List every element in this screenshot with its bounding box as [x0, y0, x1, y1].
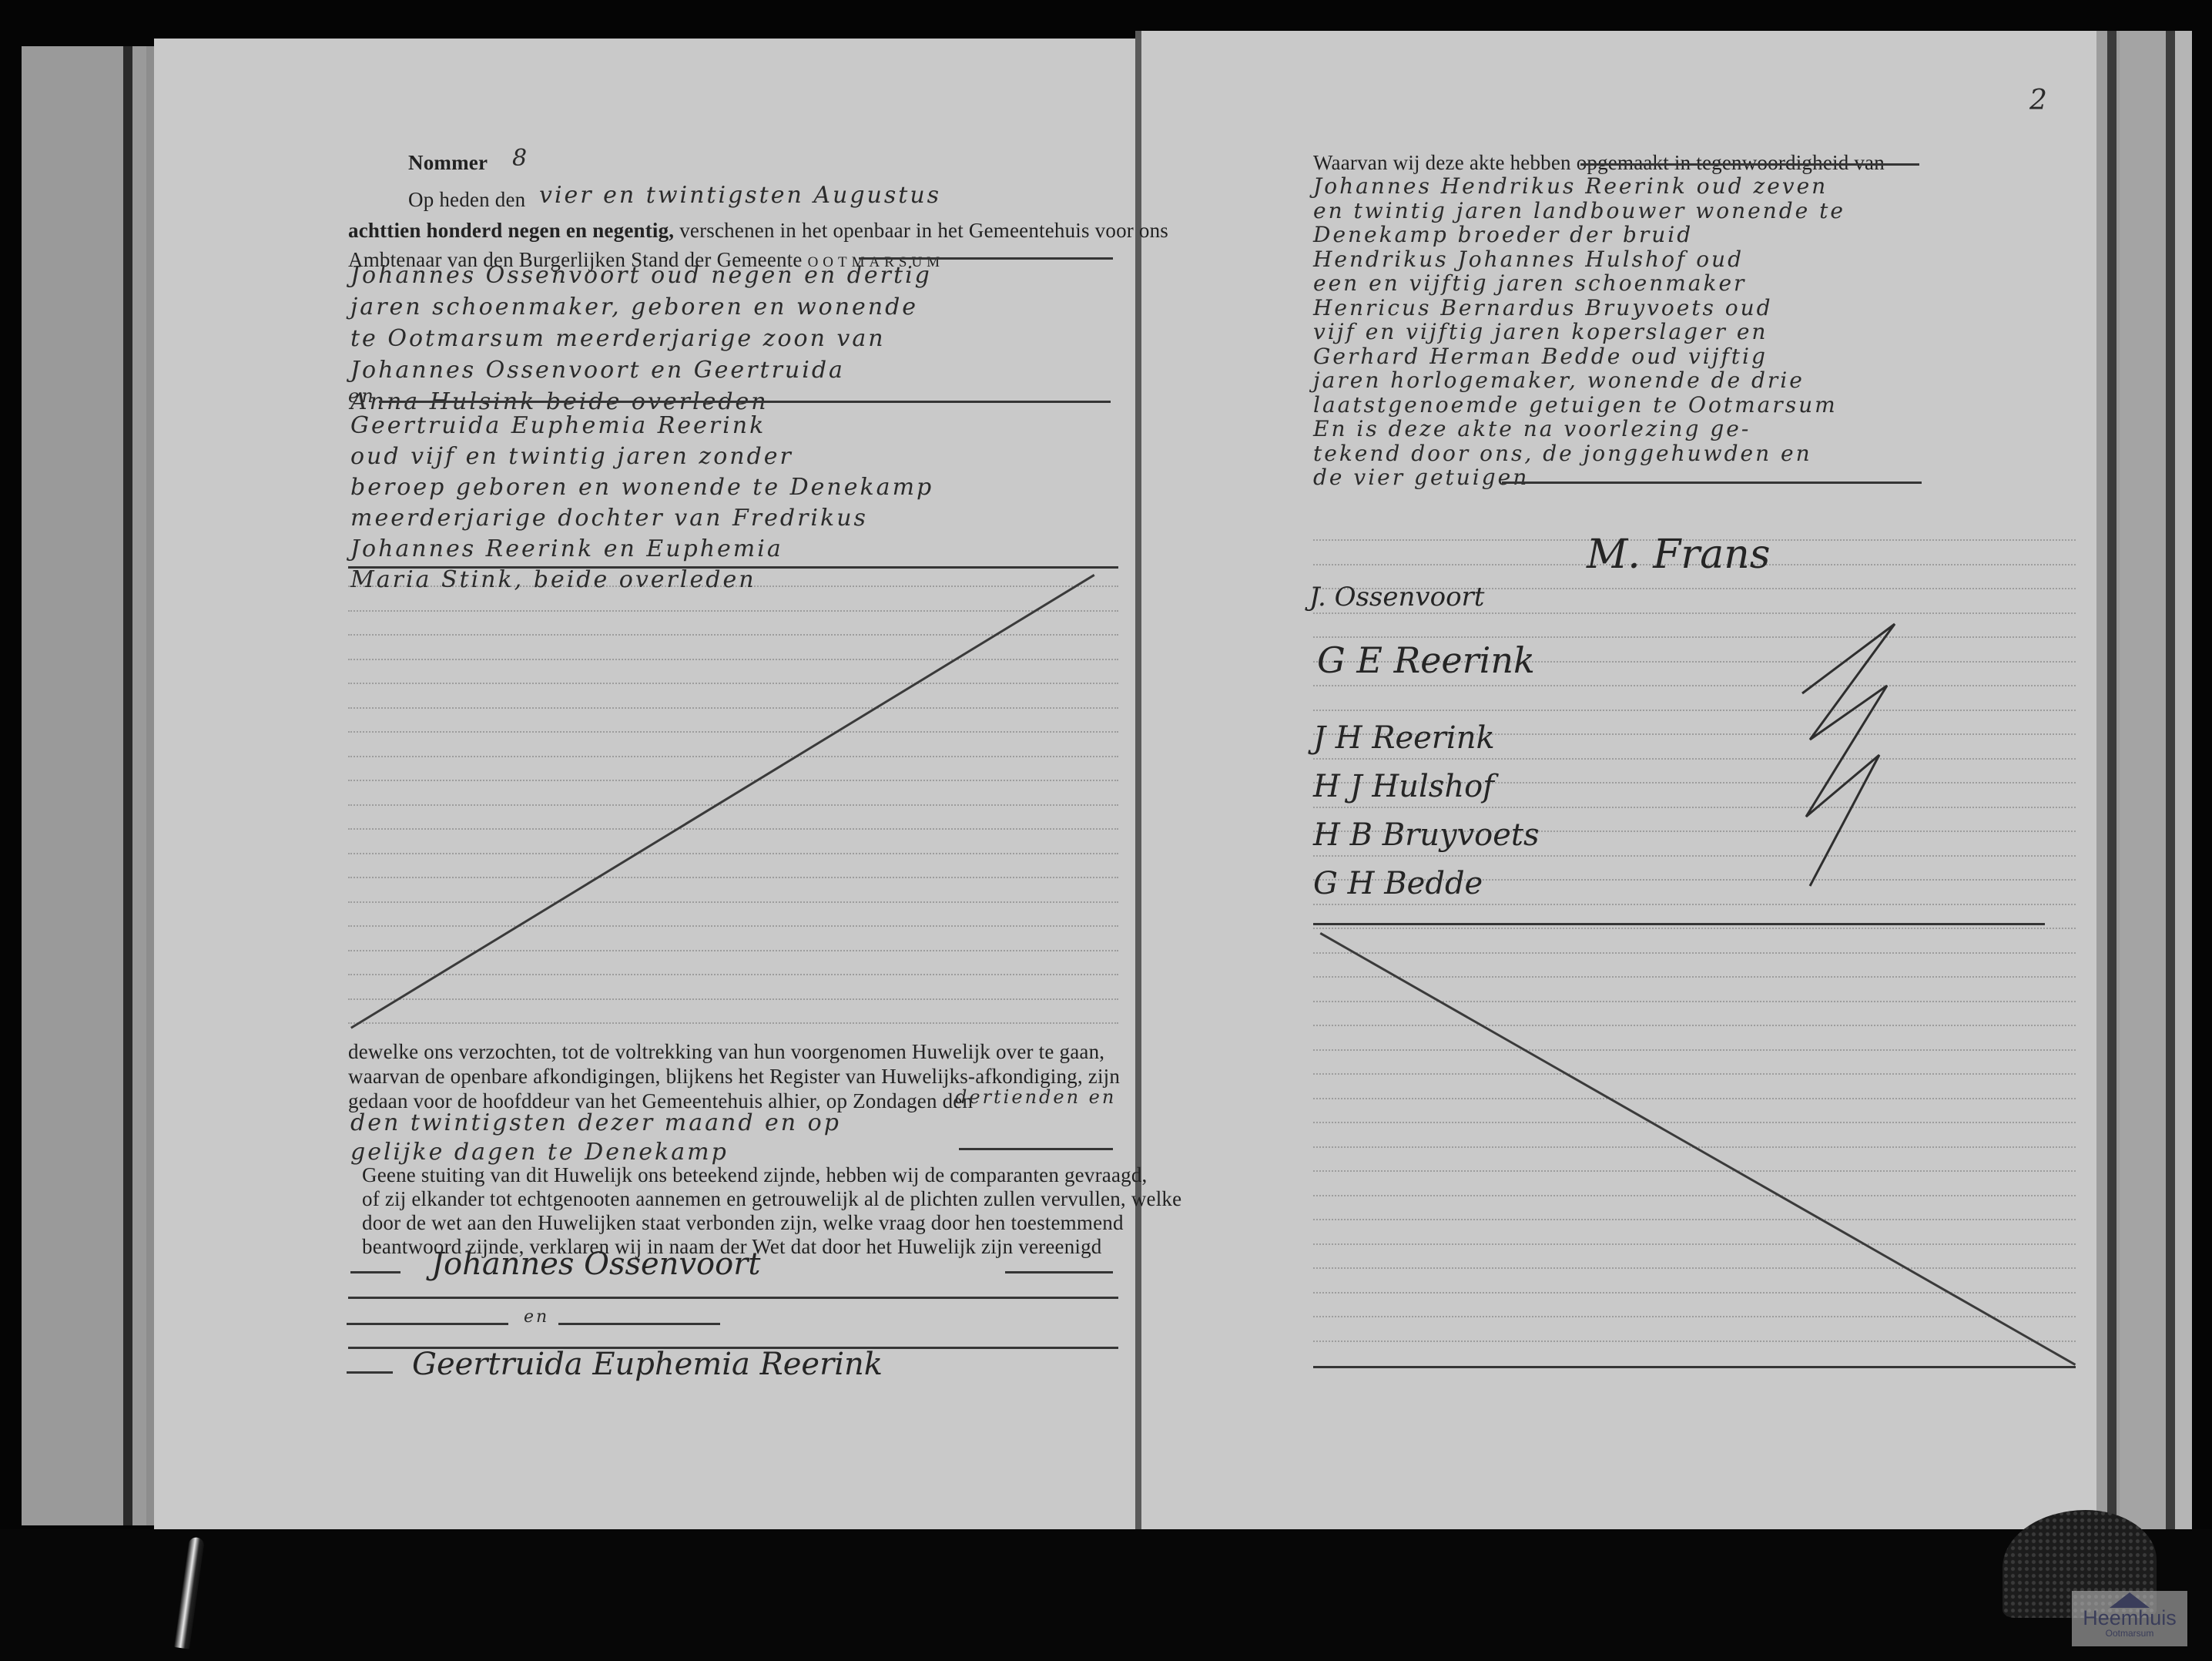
- ruled-line: [1313, 1267, 2076, 1269]
- groom-line: Johannes Ossenvoort oud negen en dertig: [350, 262, 932, 289]
- separator-line: [1313, 1366, 2076, 1368]
- flourish-mark: [1795, 616, 1933, 894]
- fill-line: [959, 1148, 1113, 1150]
- ruled-line: [1313, 1170, 2076, 1172]
- bride-line: oud vijf en twintig jaren zonder: [350, 443, 793, 470]
- folio-number: 2: [2029, 85, 2049, 116]
- witness-line: Hendrikus Johannes Hulshof oud: [1313, 247, 1744, 272]
- ruled-line: [1313, 1243, 2076, 1245]
- bride-line: Maria Stink, beide overleden: [350, 566, 756, 593]
- signature-groom: J. Ossenvoort: [1309, 582, 1484, 612]
- united-groom-name: Johannes Ossenvoort: [431, 1247, 760, 1282]
- groom-line: Johannes Ossenvoort en Geertruida: [350, 357, 845, 384]
- separator-line: [1313, 923, 2045, 925]
- ruled-line: [1313, 855, 2076, 857]
- witness-line: Denekamp broeder der bruid: [1313, 222, 1693, 247]
- ruled-line: [348, 925, 1118, 927]
- ruled-line: [1313, 1025, 2076, 1026]
- bride-line: meerderjarige dochter van Fredrikus: [350, 505, 868, 532]
- ruled-line: [348, 634, 1118, 636]
- signature-official: M. Frans: [1587, 532, 1770, 578]
- ruled-line: [348, 683, 1118, 684]
- witness-line: de vier getuigen: [1313, 465, 1529, 490]
- ruled-line: [1313, 710, 2076, 711]
- proclamation-line: den twintigsten dezer maand en op: [350, 1109, 841, 1136]
- ruled-line: [1313, 758, 2076, 760]
- watermark-subtitle: Ootmarsum: [2072, 1628, 2187, 1639]
- groom-line: te Ootmarsum meerderjarige zoon van: [350, 325, 886, 352]
- binding-line: [123, 46, 132, 1525]
- printed-line: Geene stuiting van dit Huwelijk ons bete…: [362, 1163, 1147, 1187]
- background-surface: [0, 1529, 2212, 1661]
- printed-line: of zij elkander tot echtgenooten aanneme…: [362, 1187, 1181, 1211]
- bride-line: Geertruida Euphemia Reerink: [350, 412, 766, 439]
- witness-line: en twintig jaren landbouwer wonende te: [1313, 198, 1845, 223]
- witness-line: jaren horlogemaker, wonende de drie: [1313, 367, 1805, 393]
- ruled-line: [1313, 928, 2076, 929]
- ruled-line: [1313, 1049, 2076, 1051]
- fill-line: [347, 1371, 393, 1374]
- nommer-value: 8: [512, 145, 529, 172]
- ruled-line: [1313, 1073, 2076, 1075]
- ruled-line: [1313, 1316, 2076, 1317]
- signature-bride: G E Reerink: [1317, 639, 1535, 681]
- fill-line: [558, 1323, 720, 1325]
- witness-line: laatstgenoemde getuigen te Ootmarsum: [1313, 392, 1838, 418]
- ruled-line: [1313, 1122, 2076, 1123]
- year-printed: achttien honderd negen en negentig,: [348, 219, 674, 242]
- fill-line: [1005, 1271, 1113, 1273]
- fill-line: [1580, 163, 1919, 166]
- separator-line: [379, 401, 1111, 403]
- witness-line: tekend door ons, de jonggehuwden en: [1313, 441, 1812, 466]
- ruled-line: [1313, 1292, 2076, 1294]
- witness-line: Johannes Hendrikus Reerink oud zeven: [1313, 173, 1828, 199]
- cover-edge: [2120, 31, 2166, 1537]
- ruled-line: [1313, 1001, 2076, 1002]
- cover-edge: [2175, 31, 2192, 1537]
- ruled-line: [348, 780, 1118, 781]
- nommer-label: Nommer: [408, 151, 488, 175]
- heemhuis-watermark: Heemhuis Ootmarsum: [2072, 1591, 2187, 1646]
- fill-line: [859, 257, 1113, 260]
- year-line-rest: verschenen in het openbaar in het Gemeen…: [679, 219, 1168, 242]
- witness-line: Henricus Bernardus Bruyvoets oud: [1313, 295, 1773, 320]
- ruled-line: [1313, 1341, 2076, 1342]
- ruled-line: [1313, 1098, 2076, 1099]
- separator-line: [348, 1297, 1118, 1299]
- ruled-line: [348, 731, 1118, 733]
- ruled-line: [1313, 952, 2076, 954]
- witness-line: vijf en vijftig jaren koperslager en: [1313, 319, 1768, 344]
- binding-line: [2166, 31, 2175, 1537]
- witness-line: En is deze akte na voorlezing ge-: [1313, 416, 1751, 441]
- groom-line: jaren schoenmaker, geboren en wonende: [350, 294, 918, 320]
- printed-line: waarvan de openbare afkondigingen, blijk…: [348, 1065, 1120, 1089]
- signature-witness: H B Bruyvoets: [1313, 817, 1540, 853]
- ruled-line: [1313, 685, 2076, 686]
- ruled-line: [1313, 976, 2076, 978]
- fill-line: [347, 1323, 508, 1325]
- witness-line: een en vijftig jaren schoenmaker: [1313, 270, 1746, 296]
- signature-witness: G H Bedde: [1313, 866, 1483, 901]
- ruled-line: [348, 659, 1118, 660]
- ruled-line: [1313, 807, 2076, 808]
- ruled-line: [1313, 636, 2076, 638]
- printed-line: dewelke ons verzochten, tot de voltrekki…: [348, 1040, 1104, 1064]
- witness-line: Gerhard Herman Bedde oud vijftig: [1313, 344, 1768, 369]
- binding-line: [2107, 31, 2116, 1537]
- ruled-line: [348, 610, 1118, 612]
- house-roof-icon: [2110, 1592, 2150, 1608]
- ruled-line: [1313, 1219, 2076, 1220]
- proclamation-line: dertienden en: [955, 1086, 1116, 1108]
- ruled-line: [348, 707, 1118, 709]
- bride-line: beroep geboren en wonende te Denekamp: [350, 474, 933, 501]
- fill-line: [350, 1271, 401, 1273]
- printed-line: door de wet aan den Huwelijken staat ver…: [362, 1211, 1124, 1235]
- ruled-line: [348, 756, 1118, 757]
- separator-line: [348, 566, 1118, 569]
- ruled-line: [348, 1022, 1118, 1024]
- proclamation-line: gelijke dagen te Denekamp: [350, 1139, 729, 1166]
- and-word: en: [348, 385, 376, 407]
- ruled-line: [348, 974, 1118, 975]
- ruled-line: [348, 828, 1118, 830]
- watermark-title: Heemhuis: [2072, 1608, 2187, 1628]
- ruled-line: [1313, 1195, 2076, 1196]
- ruled-line: [348, 804, 1118, 806]
- intro-label: Op heden den: [408, 188, 525, 212]
- book-binding-left: [22, 46, 152, 1525]
- ruled-line: [348, 950, 1118, 951]
- united-bride-name: Geertruida Euphemia Reerink: [412, 1347, 883, 1382]
- ruled-line: [1313, 904, 2076, 905]
- ruled-line: [348, 877, 1118, 878]
- fill-line: [1502, 482, 1922, 484]
- ruled-line: [348, 998, 1118, 1000]
- year-line: achttien honderd negen en negentig, vers…: [348, 219, 1168, 243]
- bride-line: Johannes Reerink en Euphemia: [350, 535, 783, 562]
- signature-witness: H J Hulshof: [1313, 769, 1494, 804]
- ruled-line: [348, 901, 1118, 903]
- date-handwritten: vier en twintigsten Augustus: [539, 182, 941, 209]
- united-and: en: [524, 1307, 549, 1327]
- ruled-line: [348, 853, 1118, 854]
- signature-witness: J H Reerink: [1313, 720, 1495, 756]
